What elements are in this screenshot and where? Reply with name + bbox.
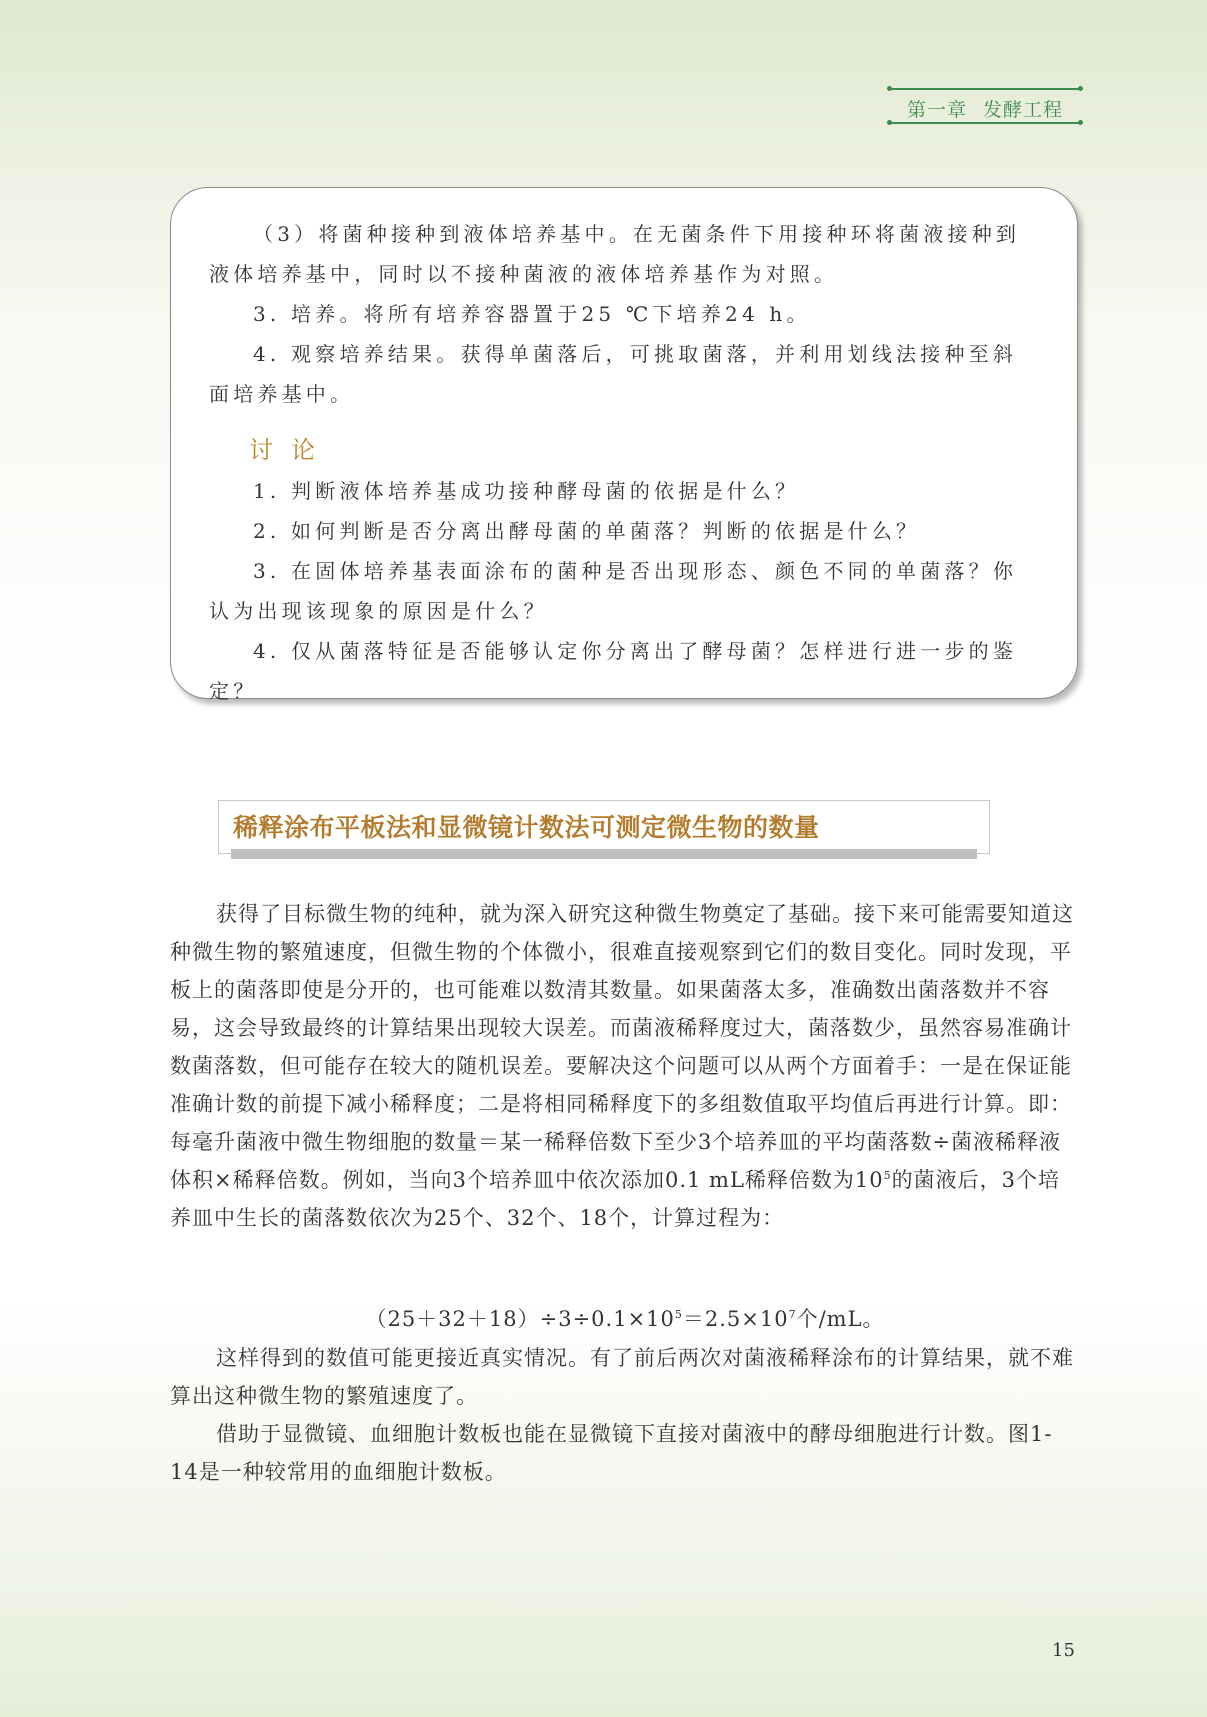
question-1: 1. 判断液体培养基成功接种酵母菌的依据是什么？ — [209, 471, 1039, 511]
section-title-text: 稀释涂布平板法和显微镜计数法可测定微生物的数量 — [233, 808, 820, 844]
step-3: 3. 培养。将所有培养容器置于25 ℃下培养24 h。 — [209, 294, 1039, 334]
chapter-label: 第一章发酵工程 — [889, 95, 1081, 122]
paragraph-1-text: 获得了目标微生物的纯种，就为深入研究这种微生物奠定了基础。接下来可能需要知道这种… — [170, 902, 1074, 1192]
formula-part-c: 个/mL。 — [797, 1307, 885, 1331]
dilution-exponent: 5 — [884, 1169, 892, 1182]
formula-part-b: ＝2.5×10 — [683, 1307, 789, 1331]
discussion-heading: 讨论 — [249, 430, 333, 465]
heading-shadow-bar — [231, 849, 977, 859]
chapter-title: 发酵工程 — [983, 99, 1063, 121]
question-4: 4. 仅从菌落特征是否能够认定你分离出了酵母菌？怎样进行进一步的鉴定？ — [209, 631, 1039, 711]
paragraph-2: 这样得到的数值可能更接近真实情况。有了前后两次对菌液稀释涂布的计算结果，就不难算… — [170, 1339, 1080, 1415]
experiment-box: （3）将菌种接种到液体培养基中。在无菌条件下用接种环将菌液接种到液体培养基中，同… — [170, 187, 1078, 699]
formula-exponent-2: 7 — [789, 1308, 797, 1321]
dilution-base: 10 — [855, 1168, 884, 1192]
step-3-3: （3）将菌种接种到液体培养基中。在无菌条件下用接种环将菌液接种到液体培养基中，同… — [209, 214, 1039, 294]
header-bottom-rule — [889, 122, 1081, 124]
section-heading: 稀释涂布平板法和显微镜计数法可测定微生物的数量 — [218, 800, 990, 854]
question-3: 3. 在固体培养基表面涂布的菌种是否出现形态、颜色不同的单菌落？你认为出现该现象… — [209, 551, 1039, 631]
chapter-number: 第一章 — [907, 99, 967, 121]
chapter-header: 第一章发酵工程 — [889, 86, 1081, 126]
step-4: 4. 观察培养结果。获得单菌落后，可挑取菌落，并利用划线法接种至斜面培养基中。 — [209, 334, 1039, 414]
paragraph-3: 借助于显微镜、血细胞计数板也能在显微镜下直接对菌液中的酵母细胞进行计数。图1-1… — [170, 1415, 1080, 1491]
formula-part-a: （25＋32＋18）÷3÷0.1×10 — [365, 1307, 674, 1331]
formula: （25＋32＋18）÷3÷0.1×105＝2.5×107个/mL。 — [170, 1300, 1080, 1338]
page-number: 15 — [1052, 1640, 1075, 1661]
paragraph-1: 获得了目标微生物的纯种，就为深入研究这种微生物奠定了基础。接下来可能需要知道这种… — [170, 895, 1080, 1237]
question-2: 2. 如何判断是否分离出酵母菌的单菌落？判断的依据是什么？ — [209, 511, 1039, 551]
header-top-rule — [889, 88, 1081, 90]
formula-exponent-1: 5 — [675, 1308, 683, 1321]
